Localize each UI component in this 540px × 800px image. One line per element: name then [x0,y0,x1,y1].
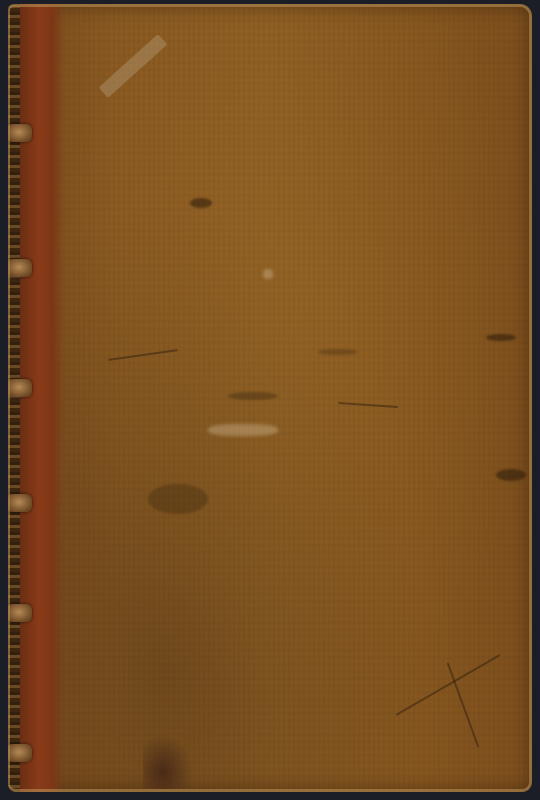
frayed-cover-edge [8,4,532,792]
book-cover [8,4,532,792]
photo-background [0,0,540,800]
